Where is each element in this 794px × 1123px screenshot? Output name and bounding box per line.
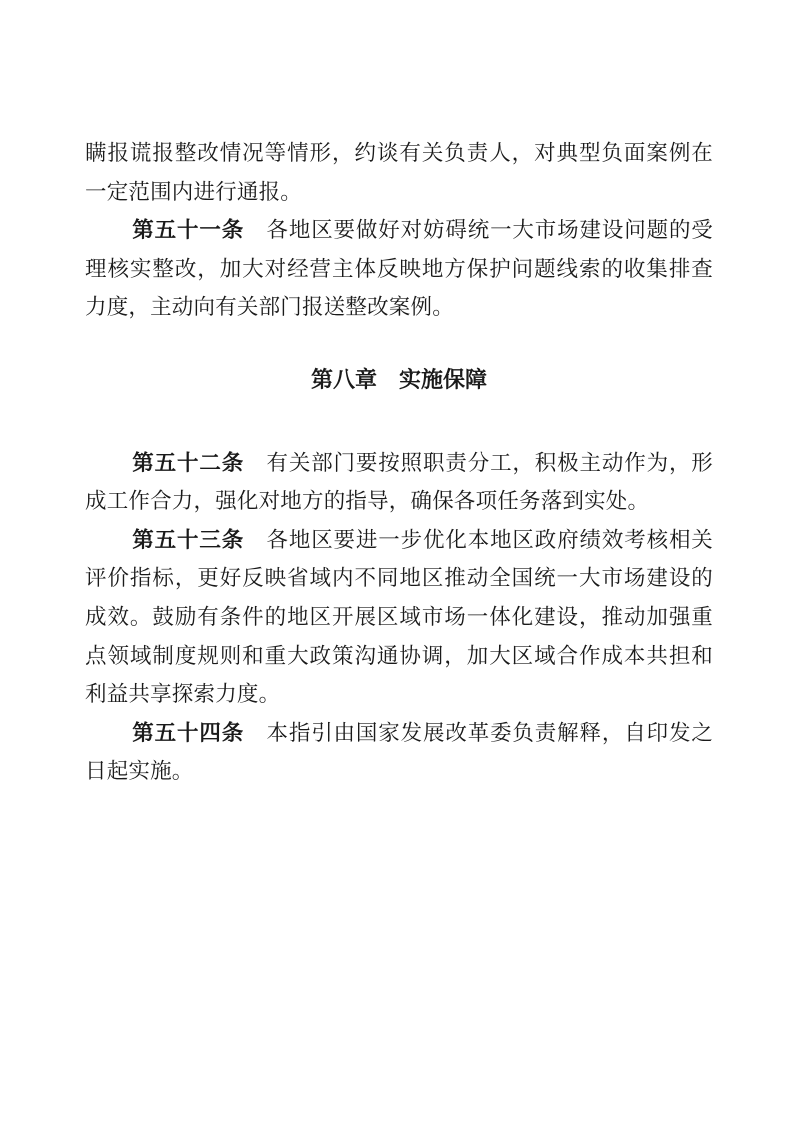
article-number-run: 第五十一条 bbox=[132, 218, 244, 242]
article-53-paragraph: 第五十三条 各地区要进一步优化本地区政府绩效考核相关评价指标，更好反映省域内不同… bbox=[85, 521, 713, 714]
article-52-paragraph: 第五十二条 有关部门要按照职责分工，积极主动作为，形成工作合力，强化对地方的指导… bbox=[85, 444, 713, 521]
chapter-8-heading: 第八章 实施保障 bbox=[85, 361, 713, 400]
article-51-paragraph: 第五十一条 各地区要做好对妨碍统一大市场建设问题的受理核实整改，加大对经营主体反… bbox=[85, 211, 713, 327]
article-54-paragraph: 第五十四条 本指引由国家发展改革委负责解释，自印发之日起实施。 bbox=[85, 714, 713, 791]
article-number-run: 第五十四条 bbox=[132, 721, 244, 745]
document-page: 瞒报谎报整改情况等情形，约谈有关负责人，对典型负面案例在一定范围内进行通报。第五… bbox=[0, 0, 794, 1123]
article-number-run: 第八章 实施保障 bbox=[311, 367, 487, 392]
article-number-run: 第五十三条 bbox=[132, 528, 244, 552]
text-run: 各地区要进一步优化本地区政府绩效考核相关评价指标，更好反映省域内不同地区推动全国… bbox=[85, 528, 713, 706]
document-body: 瞒报谎报整改情况等情形，约谈有关负责人，对典型负面案例在一定范围内进行通报。第五… bbox=[85, 134, 713, 791]
text-run: 瞒报谎报整改情况等情形，约谈有关负责人，对典型负面案例在一定范围内进行通报。 bbox=[85, 141, 713, 204]
article-number-run: 第五十二条 bbox=[132, 451, 244, 475]
continuation-paragraph: 瞒报谎报整改情况等情形，约谈有关负责人，对典型负面案例在一定范围内进行通报。 bbox=[85, 134, 713, 211]
